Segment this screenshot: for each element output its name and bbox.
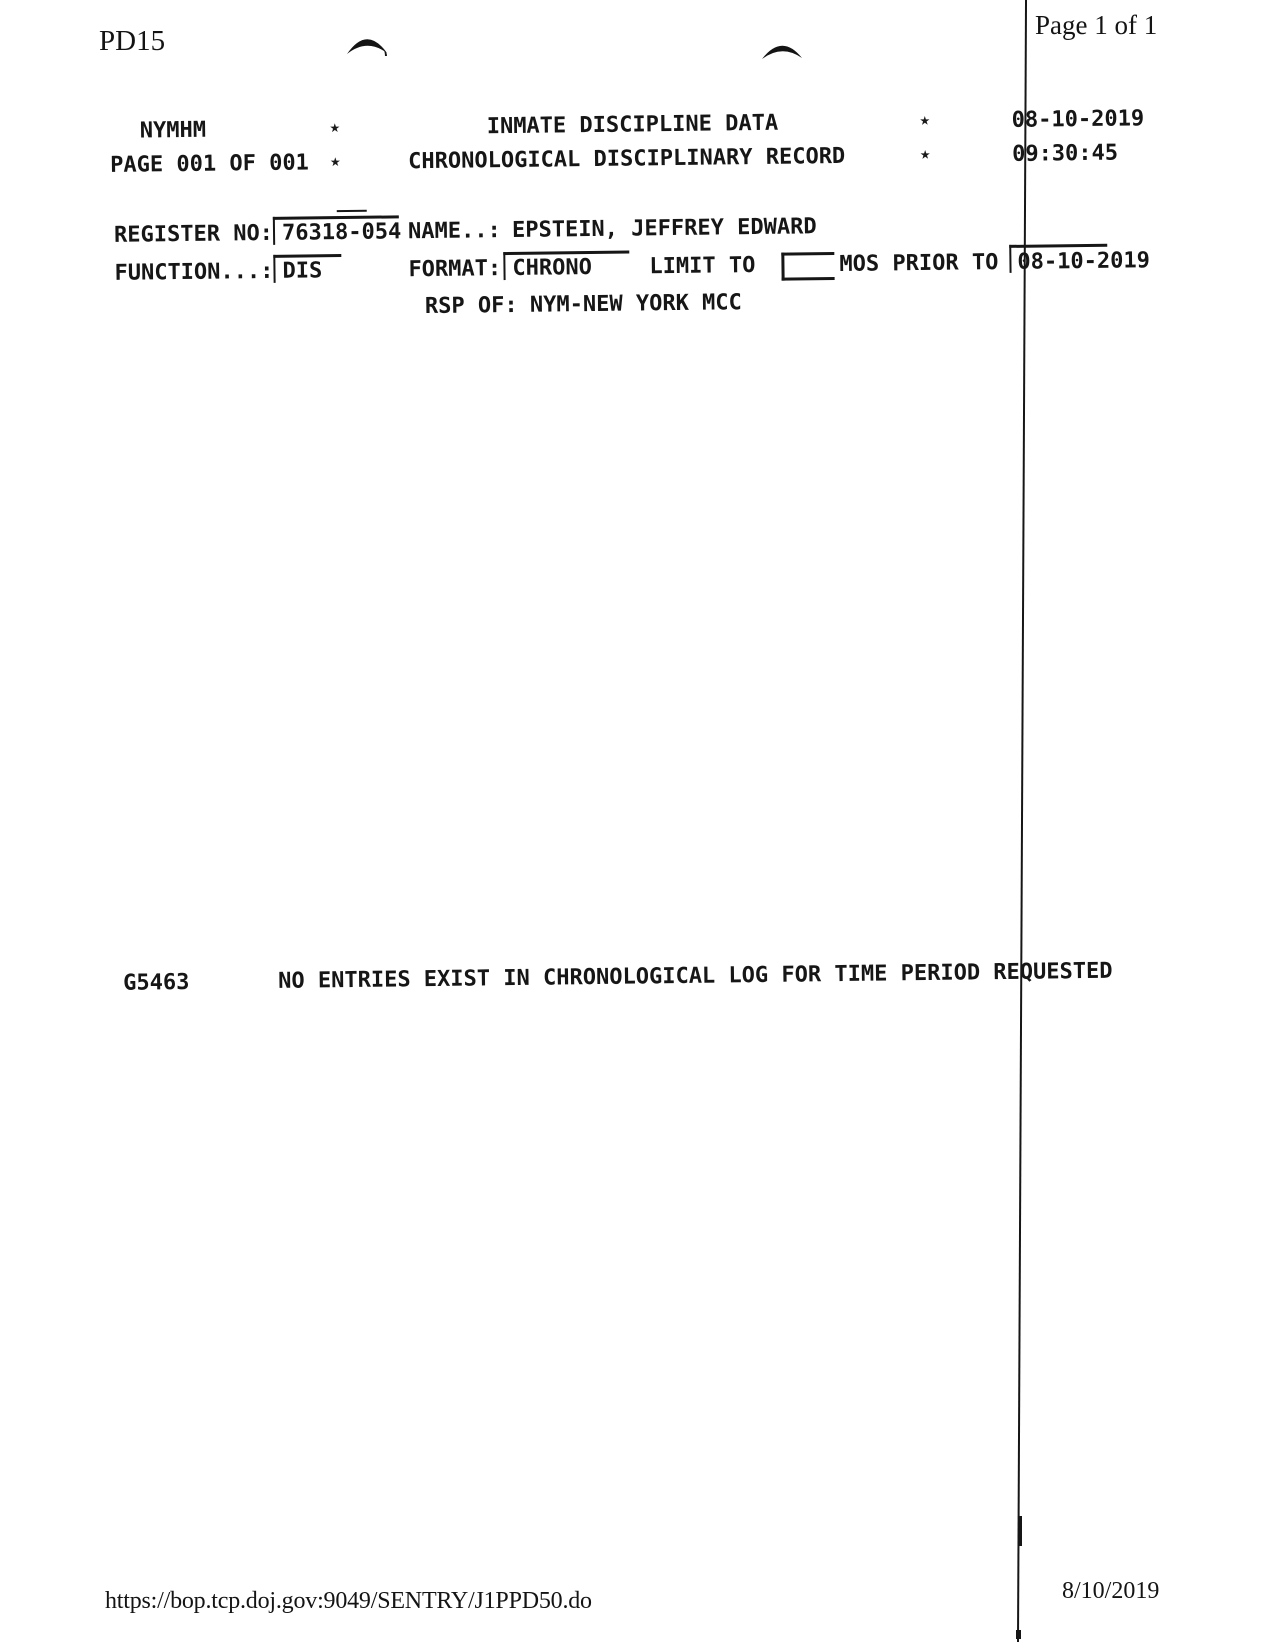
report-time: 09:30:45 (1012, 142, 1118, 166)
terminal-id: NYMHM (140, 119, 207, 143)
asterisk-separator: ★ (330, 119, 340, 136)
register-field-left-tick (273, 217, 275, 245)
page-counter: PAGE 001 OF 001 (110, 151, 309, 177)
register-field-stray-mark (337, 210, 367, 212)
prior-date-value: 08-10-2019 (1017, 249, 1150, 274)
register-no-value: 76318-054 (282, 220, 401, 245)
sentry-report: NYMHM ★ INMATE DISCIPLINE DATA ★ 08-10-2… (0, 0, 1270, 1642)
rsp-of-value: NYM-NEW YORK MCC (530, 291, 742, 317)
scanned-document-page: PD15 Page 1 of 1 NYMHM ★ INMATE DISCIPLI… (0, 0, 1270, 1642)
rsp-of-label: RSP OF: (425, 294, 518, 318)
footer-url: https://bop.tcp.doj.gov:9049/SENTRY/J1PP… (105, 1589, 592, 1614)
report-title: INMATE DISCIPLINE DATA (487, 112, 779, 139)
message-code: G5463 (123, 971, 190, 995)
format-label: FORMAT: (408, 257, 501, 281)
asterisk-separator: ★ (920, 112, 930, 129)
function-field-overline (273, 254, 341, 258)
no-entries-message: NO ENTRIES EXIST IN CHRONOLOGICAL LOG FO… (278, 960, 1113, 993)
register-no-label: REGISTER NO: (114, 222, 273, 247)
prior-date-field-left-tick (1009, 245, 1011, 273)
limit-to-label: LIMIT TO (649, 254, 755, 278)
mos-prior-to-label: MOS PRIOR TO (839, 251, 998, 276)
asterisk-separator: ★ (920, 146, 930, 163)
scan-line-bottom-blot (1016, 1630, 1021, 1639)
format-field-left-tick (503, 252, 505, 280)
prior-date-field-overline (1009, 244, 1107, 248)
report-date: 08-10-2019 (1012, 107, 1145, 132)
format-value: CHRONO (512, 256, 592, 280)
asterisk-separator: ★ (330, 153, 340, 170)
name-label: NAME..: (408, 219, 501, 243)
function-value: DIS (282, 259, 322, 283)
function-label: FUNCTION...: (114, 260, 273, 285)
report-subtitle: CHRONOLOGICAL DISCIPLINARY RECORD (408, 145, 845, 173)
limit-months-blank-field (781, 252, 834, 281)
footer-print-date: 8/10/2019 (1062, 1579, 1159, 1604)
function-field-left-tick (273, 255, 275, 283)
name-value: EPSTEIN, JEFFREY EDWARD (512, 215, 817, 242)
